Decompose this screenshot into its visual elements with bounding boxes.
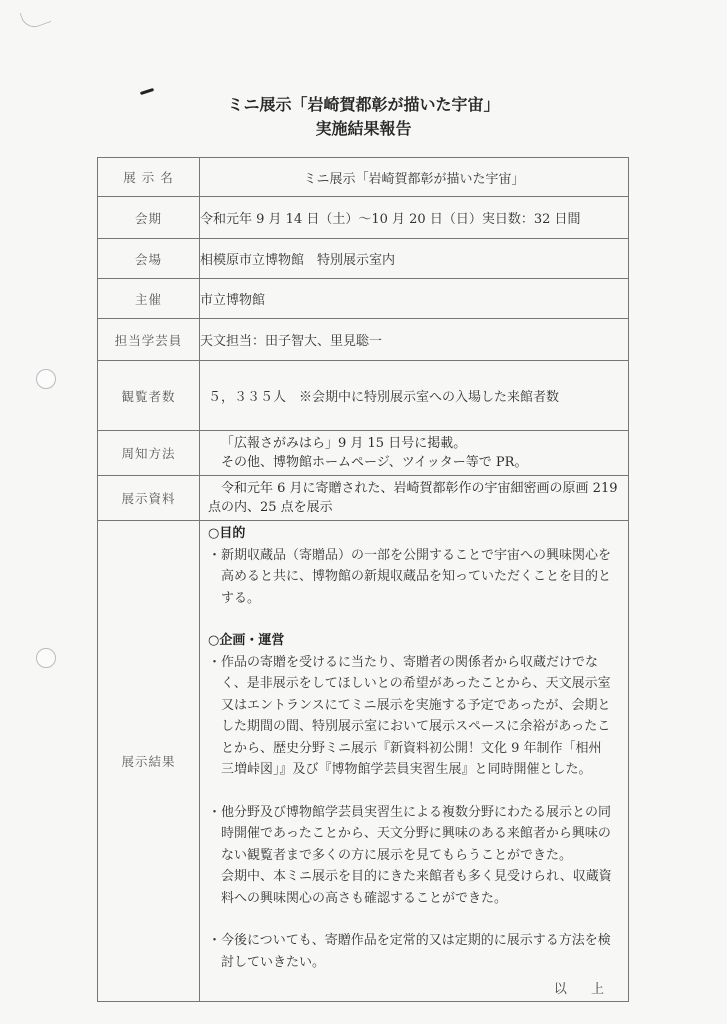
document-subtitle: 実施結果報告 [0, 116, 727, 139]
value-period: 令和元年 9 月 14 日（土）～10 月 20 日（日）実日数：32 日間 [200, 197, 629, 239]
punch-hole-icon [36, 369, 56, 389]
label-curators: 担当学芸員 [98, 319, 200, 361]
row-materials: 展示資料 令和元年 6 月に寄贈された、岩崎賀都彰作の宇宙細密画の原画 219 … [98, 476, 629, 521]
row-curators: 担当学芸員 天文担当：田子智大、里見聡一 [98, 319, 629, 361]
label-exhibit-name: 展 示 名 [98, 158, 200, 197]
closing-mark: 以 上 [208, 979, 618, 1001]
row-period: 会期 令和元年 9 月 14 日（土）～10 月 20 日（日）実日数：32 日… [98, 197, 629, 239]
value-results: ○目的 ・新期収蔵品（寄贈品）の一部を公開することで宇宙への興味関心を高めると共… [200, 521, 629, 1002]
scan-mark [20, 4, 52, 31]
label-venue: 会場 [98, 239, 200, 279]
publicity-line-1: 「広報さがみはら」9 月 15 日号に掲載。 [208, 434, 620, 453]
value-materials: 令和元年 6 月に寄贈された、岩崎賀都彰作の宇宙細密画の原画 219 点の内、2… [200, 476, 629, 521]
label-organizer: 主催 [98, 279, 200, 319]
label-results: 展示結果 [98, 521, 200, 1002]
label-visitors: 観覧者数 [98, 361, 200, 431]
planning-heading: ○企画・運営 [208, 630, 618, 652]
planning-paragraph-2: 会期中、本ミニ展示を目的にきた来館者も多く見受けられ、収蔵資料への興味関心の高さ… [208, 866, 618, 909]
document-title: ミニ展示「岩崎賀都彰が描いた宇宙」 [0, 92, 727, 115]
row-exhibit-name: 展 示 名 ミニ展示「岩崎賀都彰が描いた宇宙」 [98, 158, 629, 197]
label-publicity: 周知方法 [98, 431, 200, 476]
report-table: 展 示 名 ミニ展示「岩崎賀都彰が描いた宇宙」 会期 令和元年 9 月 14 日… [97, 157, 629, 1002]
publicity-line-2: その他、博物館ホームページ、ツイッター等で PR。 [208, 453, 620, 472]
planning-bullet-1: ・作品の寄贈を受けるに当たり、寄贈者の関係者から収蔵だけでなく、是非展示をしてほ… [208, 652, 618, 781]
row-publicity: 周知方法 「広報さがみはら」9 月 15 日号に掲載。 その他、博物館ホームペー… [98, 431, 629, 476]
purpose-bullet: ・新期収蔵品（寄贈品）の一部を公開することで宇宙への興味関心を高めると共に、博物… [208, 545, 618, 610]
label-materials: 展示資料 [98, 476, 200, 521]
row-organizer: 主催 市立博物館 [98, 279, 629, 319]
row-results: 展示結果 ○目的 ・新期収蔵品（寄贈品）の一部を公開することで宇宙への興味関心を… [98, 521, 629, 1002]
purpose-heading: ○目的 [208, 523, 618, 545]
value-organizer: 市立博物館 [200, 279, 629, 319]
punch-hole-icon [36, 648, 56, 668]
value-curators: 天文担当：田子智大、里見聡一 [200, 319, 629, 361]
value-visitors: ５，３３５人 ※会期中に特別展示室への入場した来館者数 [200, 361, 629, 431]
row-venue: 会場 相模原市立博物館 特別展示室内 [98, 239, 629, 279]
value-publicity: 「広報さがみはら」9 月 15 日号に掲載。 その他、博物館ホームページ、ツイッ… [200, 431, 629, 476]
label-period: 会期 [98, 197, 200, 239]
row-visitors: 観覧者数 ５，３３５人 ※会期中に特別展示室への入場した来館者数 [98, 361, 629, 431]
value-exhibit-name: ミニ展示「岩崎賀都彰が描いた宇宙」 [200, 158, 629, 197]
value-venue: 相模原市立博物館 特別展示室内 [200, 239, 629, 279]
planning-bullet-3: ・今後についても、寄贈作品を定常的又は定期的に展示する方法を検討していきたい。 [208, 930, 618, 973]
planning-bullet-2: ・他分野及び博物館学芸員実習生による複数分野にわたる展示との同時開催であったこと… [208, 802, 618, 867]
